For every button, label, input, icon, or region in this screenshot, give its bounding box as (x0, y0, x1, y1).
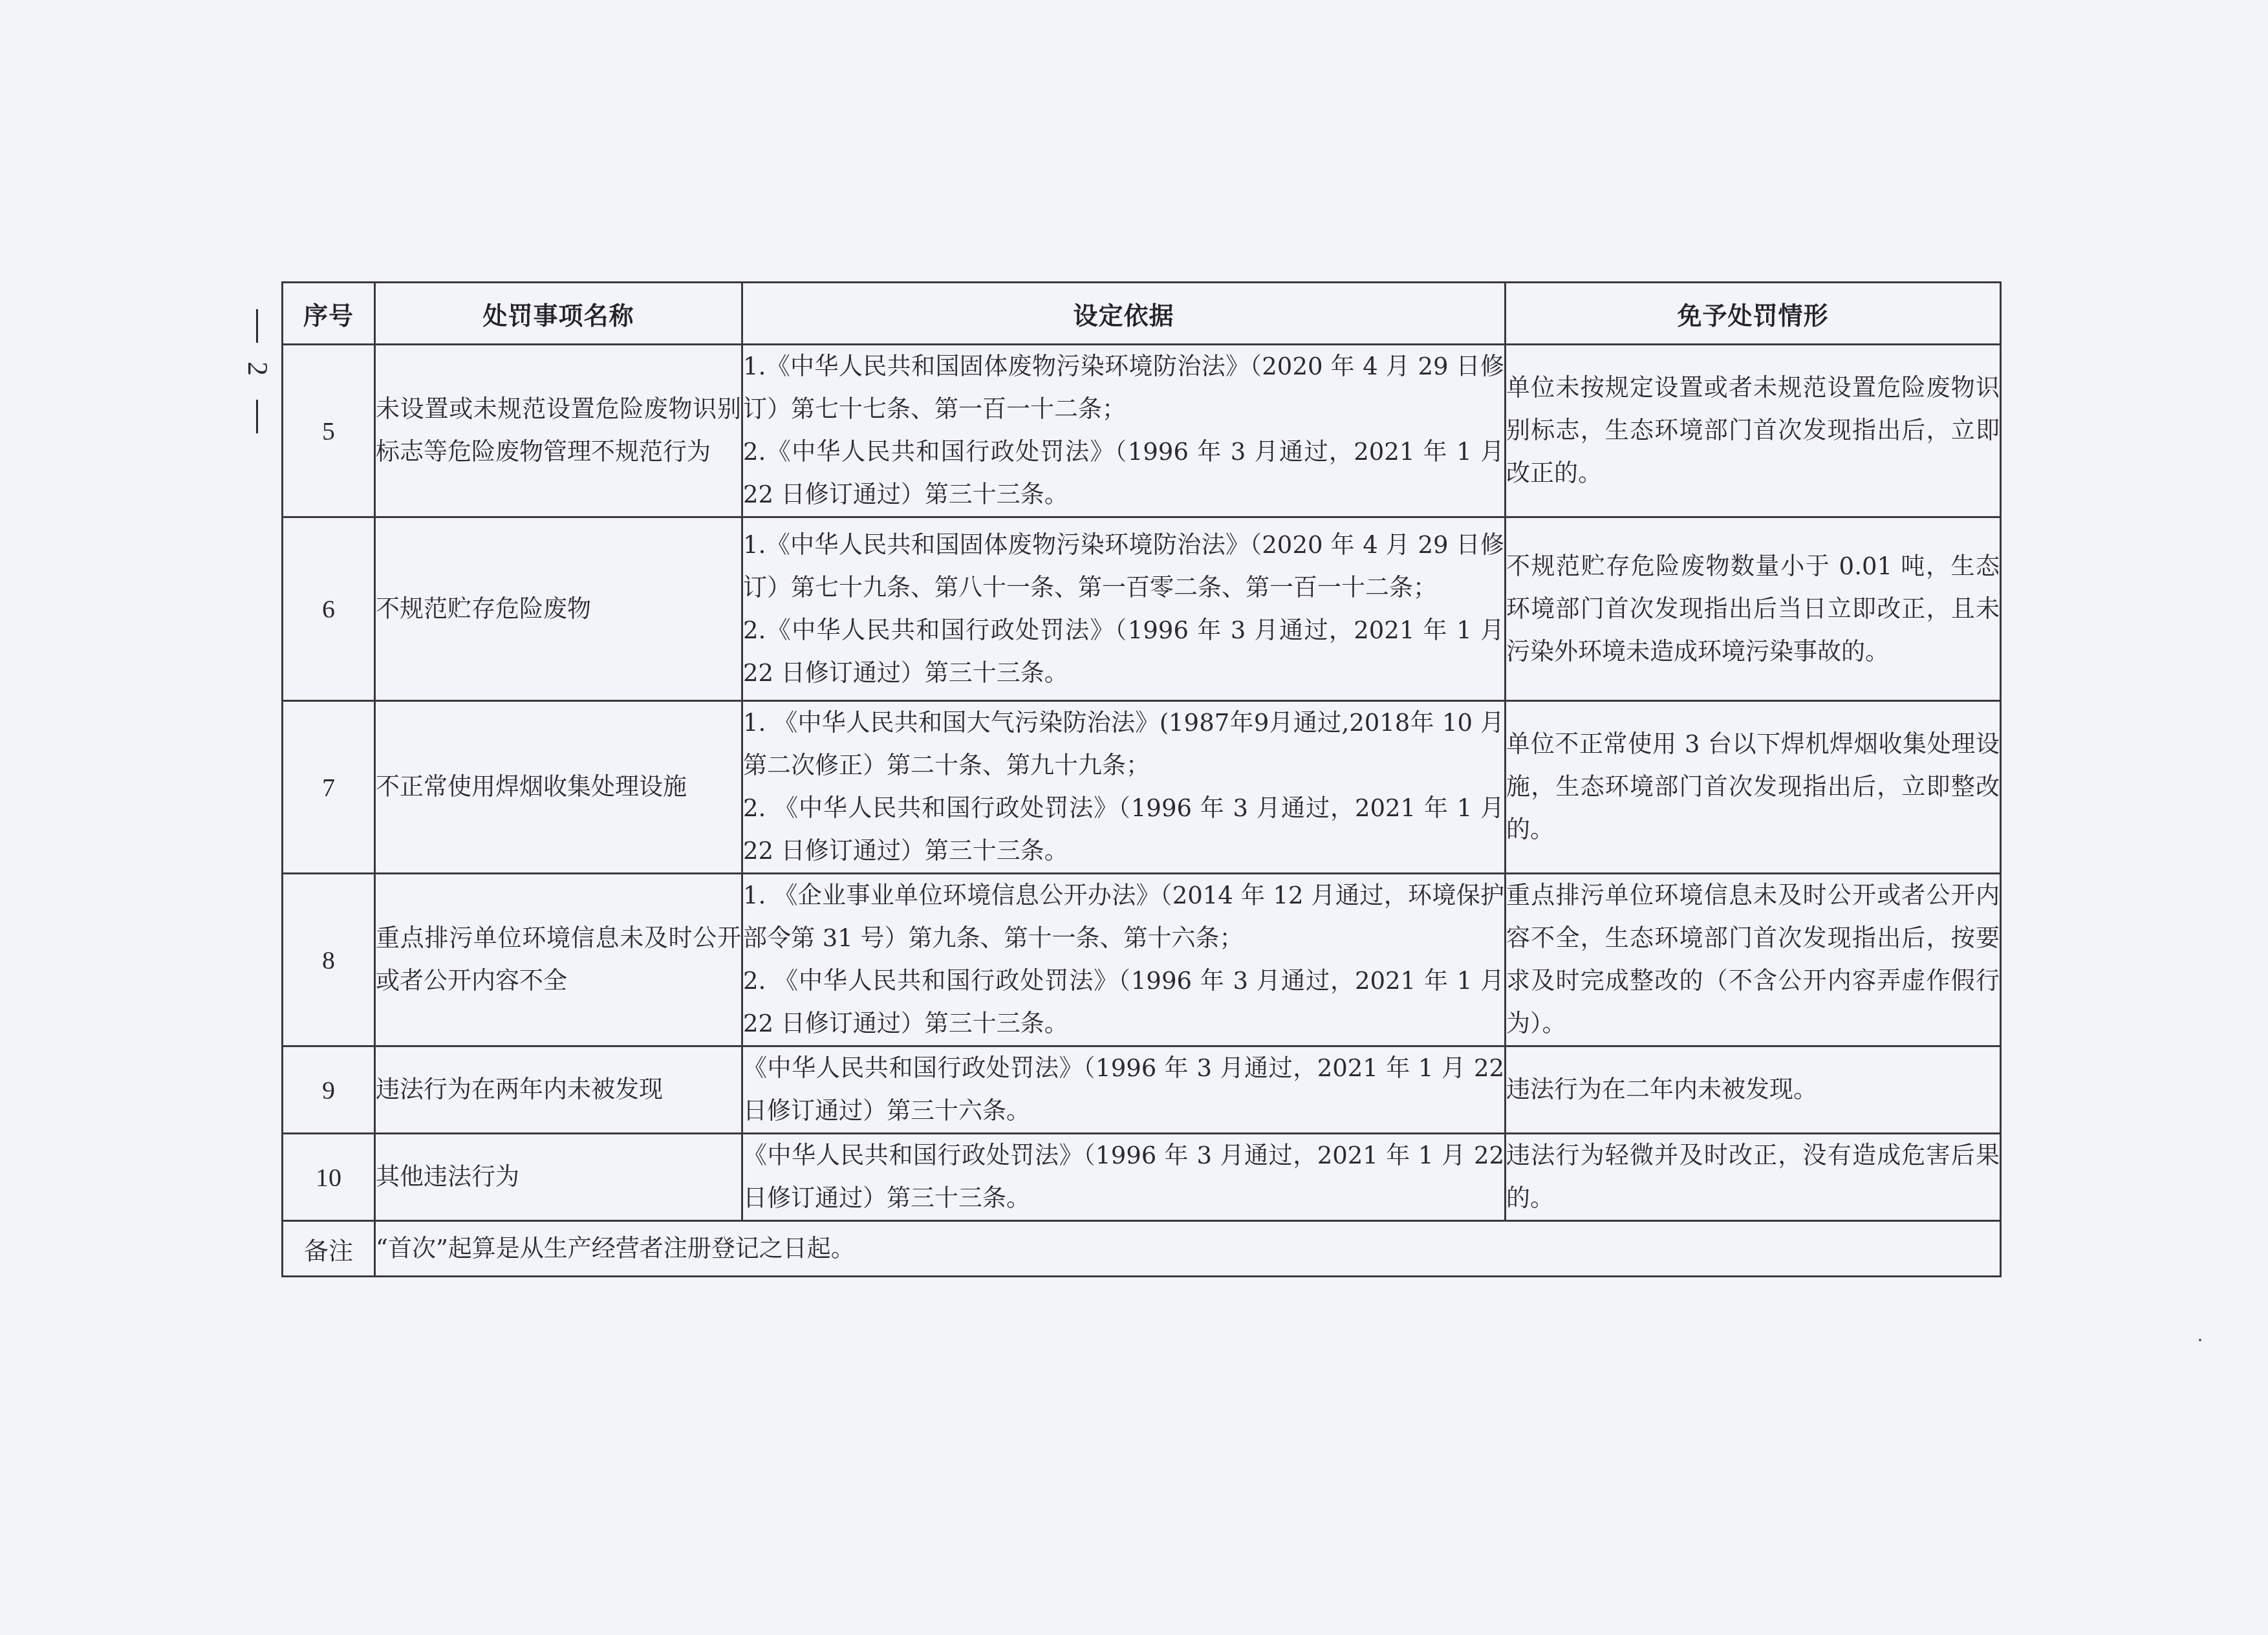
row-basis: 1.《中华人民共和国固体废物污染环境防治法》（2020 年 4 月 29 日修订… (742, 345, 1506, 517)
scan-speck (2199, 1339, 2201, 1341)
basis-line: 1. 《企业事业单位环境信息公开办法》（2014 年 12 月通过，环境保护部令… (743, 874, 1504, 960)
page-number: 2 (238, 357, 277, 380)
row-seq: 5 (283, 345, 375, 517)
basis-line: 《中华人民共和国行政处罚法》（1996 年 3 月通过，2021 年 1 月 2… (743, 1134, 1504, 1220)
header-name: 处罚事项名称 (375, 283, 742, 345)
row-name: 违法行为在两年内未被发现 (375, 1046, 742, 1134)
note-text: “首次”起算是从生产经营者注册登记之日起。 (375, 1221, 2001, 1277)
basis-line: 1.《中华人民共和国固体废物污染环境防治法》（2020 年 4 月 29 日修订… (743, 524, 1504, 609)
row-exempt: 不规范贮存危险废物数量小于 0.01 吨，生态环境部门首次发现指出后当日立即改正… (1506, 517, 2001, 701)
table-row: 9 违法行为在两年内未被发现 《中华人民共和国行政处罚法》（1996 年 3 月… (283, 1046, 2001, 1134)
row-exempt: 单位未按规定设置或者未规范设置危险废物识别标志，生态环境部门首次发现指出后，立即… (1506, 345, 2001, 517)
basis-line: 2.《中华人民共和国行政处罚法》（1996 年 3 月通过，2021 年 1 月… (743, 431, 1504, 516)
header-basis: 设定依据 (742, 283, 1506, 345)
basis-line: 《中华人民共和国行政处罚法》（1996 年 3 月通过，2021 年 1 月 2… (743, 1047, 1504, 1132)
row-name: 其他违法行为 (375, 1134, 742, 1221)
note-row: 备注 “首次”起算是从生产经营者注册登记之日起。 (283, 1221, 2001, 1277)
row-exempt: 违法行为轻微并及时改正，没有造成危害后果的。 (1506, 1134, 2001, 1221)
page-number-dash-top (256, 309, 258, 343)
table-row: 10 其他违法行为 《中华人民共和国行政处罚法》（1996 年 3 月通过，20… (283, 1134, 2001, 1221)
table-row: 8 重点排污单位环境信息未及时公开或者公开内容不全 1. 《企业事业单位环境信息… (283, 874, 2001, 1046)
note-label: 备注 (283, 1221, 375, 1277)
page-number-dash-bottom (256, 400, 258, 433)
basis-line: 2. 《中华人民共和国行政处罚法》（1996 年 3 月通过，2021 年 1 … (743, 960, 1504, 1045)
row-basis: 1. 《企业事业单位环境信息公开办法》（2014 年 12 月通过，环境保护部令… (742, 874, 1506, 1046)
basis-line: 1. 《中华人民共和国大气污染防治法》(1987年9月通过,2018年 10 月… (743, 702, 1504, 787)
row-exempt: 单位不正常使用 3 台以下焊机焊烟收集处理设施，生态环境部门首次发现指出后，立即… (1506, 701, 2001, 874)
row-basis: 1. 《中华人民共和国大气污染防治法》(1987年9月通过,2018年 10 月… (742, 701, 1506, 874)
basis-line: 2.《中华人民共和国行政处罚法》（1996 年 3 月通过，2021 年 1 月… (743, 609, 1504, 695)
table-row: 6 不规范贮存危险废物 1.《中华人民共和国固体废物污染环境防治法》（2020 … (283, 517, 2001, 701)
row-seq: 9 (283, 1046, 375, 1134)
row-basis: 1.《中华人民共和国固体废物污染环境防治法》（2020 年 4 月 29 日修订… (742, 517, 1506, 701)
basis-line: 1.《中华人民共和国固体废物污染环境防治法》（2020 年 4 月 29 日修订… (743, 345, 1504, 431)
row-name: 未设置或未规范设置危险废物识别标志等危险废物管理不规范行为 (375, 345, 742, 517)
row-seq: 8 (283, 874, 375, 1046)
row-exempt: 重点排污单位环境信息未及时公开或者公开内容不全，生态环境部门首次发现指出后，按要… (1506, 874, 2001, 1046)
page-number-marker: 2 (244, 309, 270, 439)
table-row: 7 不正常使用焊烟收集处理设施 1. 《中华人民共和国大气污染防治法》(1987… (283, 701, 2001, 874)
row-seq: 7 (283, 701, 375, 874)
row-name: 重点排污单位环境信息未及时公开或者公开内容不全 (375, 874, 742, 1046)
header-seq: 序号 (283, 283, 375, 345)
row-exempt: 违法行为在二年内未被发现。 (1506, 1046, 2001, 1134)
row-basis: 《中华人民共和国行政处罚法》（1996 年 3 月通过，2021 年 1 月 2… (742, 1046, 1506, 1134)
penalty-exemption-table: 序号 处罚事项名称 设定依据 免予处罚情形 5 未设置或未规范设置危险废物识别标… (281, 281, 2002, 1277)
row-seq: 6 (283, 517, 375, 701)
table-row: 5 未设置或未规范设置危险废物识别标志等危险废物管理不规范行为 1.《中华人民共… (283, 345, 2001, 517)
row-seq: 10 (283, 1134, 375, 1221)
header-exempt: 免予处罚情形 (1506, 283, 2001, 345)
basis-line: 2. 《中华人民共和国行政处罚法》（1996 年 3 月通过，2021 年 1 … (743, 787, 1504, 872)
row-basis: 《中华人民共和国行政处罚法》（1996 年 3 月通过，2021 年 1 月 2… (742, 1134, 1506, 1221)
row-name: 不规范贮存危险废物 (375, 517, 742, 701)
table-header-row: 序号 处罚事项名称 设定依据 免予处罚情形 (283, 283, 2001, 345)
row-name: 不正常使用焊烟收集处理设施 (375, 701, 742, 874)
